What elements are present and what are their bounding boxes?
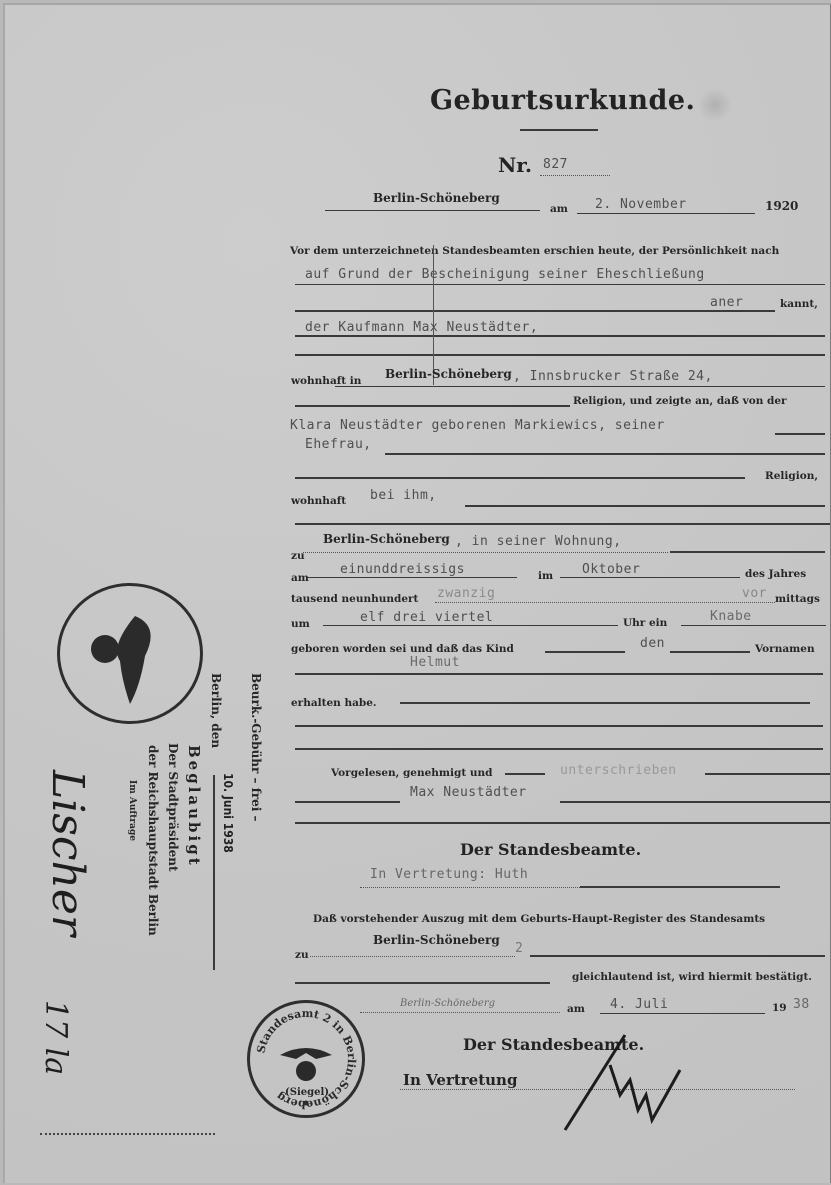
- seal-center-text: (Siegel): [285, 1087, 329, 1098]
- margin-note: 17 la: [38, 1000, 73, 1075]
- signer-rule-left: [295, 801, 400, 803]
- number-label: Nr.: [498, 153, 532, 177]
- read-approved-label: Vorgelesen, genehmigt und: [331, 767, 492, 779]
- place-stamp: Berlin-Schöneberg: [373, 191, 500, 205]
- city-date-value: 10. Juni 1938: [221, 773, 235, 853]
- residence-rule: [335, 386, 825, 387]
- issue-day-month: 2. November: [595, 197, 687, 212]
- clock-label: Uhr ein: [623, 617, 667, 629]
- footer-print-line: [40, 1133, 215, 1135]
- identity-line-1: auf Grund der Bescheinigung seiner Ehesc…: [305, 267, 705, 282]
- identity-line-2-rule: [295, 310, 775, 312]
- issue-year-prefix: 19: [772, 1002, 787, 1014]
- birth-day-label: am: [291, 572, 309, 584]
- read-rule: [505, 773, 545, 775]
- child-sex-rule: [681, 625, 826, 626]
- residence-city: Berlin-Schöneberg: [385, 367, 512, 381]
- born-rule: [545, 651, 625, 653]
- mother-rule: [775, 433, 825, 435]
- office-seal: Standesamt 2 in Berlin-Schöneberg (Siege…: [247, 1000, 365, 1118]
- birth-year-rule: [435, 602, 775, 603]
- registrar-rule-dotted: [360, 887, 580, 888]
- identity-line-1-rule: [295, 284, 825, 285]
- received-rule: [400, 702, 810, 704]
- birth-month: Oktober: [582, 562, 640, 577]
- birthplace-rule-2: [670, 551, 825, 553]
- issue-date-rule: [600, 1013, 765, 1014]
- title-underline: [520, 129, 598, 131]
- religion-announce: Religion, und zeigte an, daß von der: [573, 395, 787, 407]
- document-title: Geburtsurkunde.: [430, 85, 695, 116]
- birth-time: elf drei viertel: [360, 610, 493, 625]
- child-sex: Knabe: [710, 609, 752, 624]
- intro-text: Vor dem unterzeichneten Standesbeamten e…: [290, 245, 779, 257]
- blank-rule-2: [295, 523, 830, 525]
- ampm: vor: [742, 586, 767, 601]
- father-name: der Kaufmann Max Neustädter,: [305, 320, 538, 335]
- number-line: [540, 175, 610, 176]
- time-label: um: [291, 618, 310, 630]
- given-names-label: Vornamen: [755, 643, 815, 655]
- birth-time-rule: [323, 625, 618, 626]
- certification-rule-dotted: [310, 956, 515, 957]
- place-line: [325, 210, 540, 211]
- issue-registrar-sign: In Vertretung: [403, 1071, 517, 1089]
- fee-line: Beurk.-Gebühr – frei –: [249, 673, 263, 822]
- ampm-label: mittags: [775, 593, 820, 605]
- issue-year-value: 38: [793, 997, 810, 1012]
- authority-line-2: der Reichshauptstadt Berlin: [146, 745, 160, 936]
- blank-rule-4: [295, 748, 823, 750]
- blank-rule-5: [295, 822, 830, 824]
- certification-rule: [530, 955, 825, 957]
- religion2-rule: [295, 477, 745, 479]
- name-article: den: [640, 636, 665, 651]
- registrar-rule: [580, 886, 780, 888]
- certification-text: Daß vorstehender Auszug mit dem Geburts-…: [313, 913, 765, 925]
- given-name-rule: [295, 673, 823, 675]
- certified-label: Beglaubigt: [185, 745, 203, 868]
- century-label: tausend neunhundert: [291, 593, 418, 605]
- signer-name: Max Neustädter: [410, 785, 527, 800]
- date-line: [577, 213, 755, 214]
- date-label: am: [550, 203, 568, 215]
- conclusion-rule: [295, 982, 550, 984]
- known-suffix: kannt,: [780, 298, 818, 310]
- margin-stamp: [57, 583, 203, 724]
- authority-line-1: Der Stadtpräsident: [166, 743, 180, 872]
- religion2-label: Religion,: [765, 470, 818, 482]
- crease-mark: [433, 245, 434, 385]
- residence-address: , Innsbrucker Straße 24,: [513, 369, 713, 384]
- birth-year: zwanzig: [437, 586, 495, 601]
- mother-residence-rule: [465, 505, 825, 507]
- certificate-number: 827: [543, 157, 568, 172]
- registrar-heading: Der Standesbeamte.: [460, 840, 641, 859]
- mother-residence-label: wohnhaft: [291, 495, 346, 507]
- birth-certificate-page: Geburtsurkunde. Nr. 827 Berlin-Schöneber…: [3, 3, 831, 1183]
- birth-day: einunddreissigs: [340, 562, 465, 577]
- birth-month-rule: [560, 577, 740, 578]
- eagle-seal-icon: Standesamt 2 in Berlin-Schöneberg: [250, 1003, 362, 1115]
- certification-conclusion: gleichlautend ist, wird hiermit bestätig…: [572, 971, 812, 983]
- issue-date-label: am: [567, 1003, 585, 1015]
- mother-name: Klara Neustädter geborenen Markiewics, s…: [290, 418, 665, 433]
- article-rule: [670, 651, 750, 653]
- identity-line-2: aner: [710, 295, 743, 310]
- birthplace-detail: , in seiner Wohnung,: [455, 534, 622, 549]
- signer-rule-right: [560, 801, 830, 803]
- given-name: Helmut: [410, 655, 460, 670]
- on-behalf-label: Im Auftrage: [127, 780, 137, 841]
- ink-smudge: [695, 85, 735, 125]
- certification-zu: zu: [295, 949, 309, 961]
- blank-rule-1: [295, 354, 825, 356]
- margin-date-rule: [213, 775, 215, 970]
- issue-place-rule: [360, 1012, 560, 1013]
- issue-place: Berlin-Schöneberg: [400, 998, 495, 1009]
- mother-relation-rule: [385, 453, 825, 455]
- issue-date: 4. Juli: [610, 997, 668, 1012]
- born-text: geboren worden sei und daß das Kind: [291, 643, 514, 655]
- registrar-signature-scrawl: [560, 1025, 690, 1135]
- city-date-label: Berlin, den: [209, 673, 223, 748]
- mother-relation: Ehefrau,: [305, 437, 372, 452]
- birth-month-label: im: [538, 570, 553, 582]
- father-rule: [295, 335, 825, 337]
- mother-residence: bei ihm,: [370, 488, 437, 503]
- margin-signature: Lischer: [42, 770, 93, 936]
- religion-rule: [295, 405, 570, 407]
- registrar-signature: In Vertretung: Huth: [370, 867, 528, 882]
- certification-office: Berlin-Schöneberg: [373, 933, 500, 947]
- blank-rule-3: [295, 725, 823, 727]
- birthplace-rule: [303, 552, 668, 553]
- issue-year: 1920: [765, 199, 798, 213]
- eagle-stamp-icon: [60, 586, 200, 721]
- birthplace-city: Berlin-Schöneberg: [323, 532, 450, 546]
- signed-word: unterschrieben: [560, 763, 677, 778]
- year-label: des Jahres: [745, 568, 806, 580]
- certification-office-number: 2: [515, 941, 523, 956]
- signed-rule: [705, 773, 830, 775]
- birth-day-rule: [307, 577, 517, 578]
- received-label: erhalten habe.: [291, 697, 377, 709]
